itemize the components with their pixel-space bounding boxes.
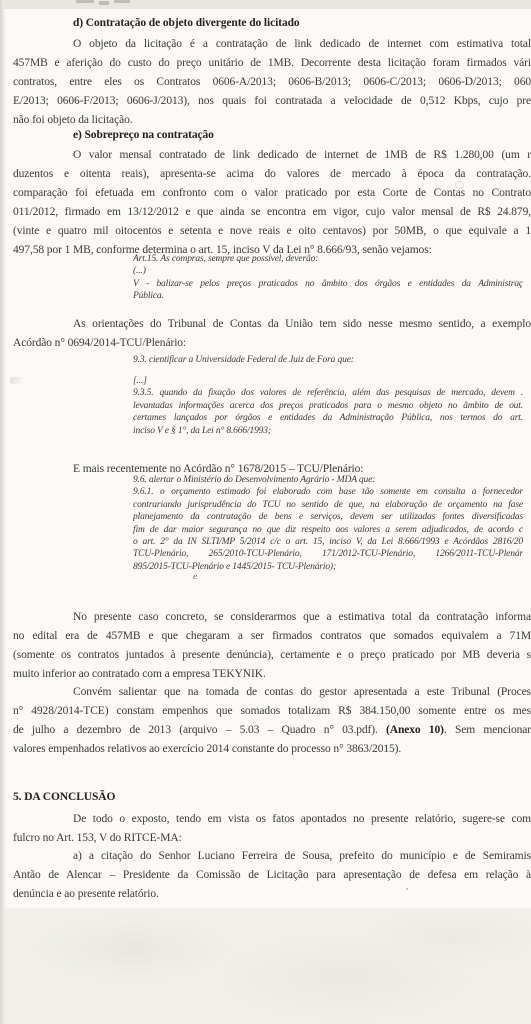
text-line: No presente caso concreto, se considerar… <box>13 608 531 627</box>
text-line: e <box>193 571 213 583</box>
text-segment: de julho a dezembro de 2013 (arquivo – 5… <box>13 724 386 736</box>
text-line: contrariando jurisprudência do TCU no se… <box>133 499 523 511</box>
text-line: certames lançados por órgãos e entidades… <box>133 412 523 424</box>
text-line: E/2013; 0606-F/2013; 0606-J/2013), nos q… <box>13 92 531 111</box>
text-line: 011/2012, firmado em 13/12/2012 e que ai… <box>13 203 531 222</box>
text-line: O objeto da licitação é a contratação de… <box>13 35 531 54</box>
text-segment: . Sem mencionar <box>444 724 531 736</box>
text-line: no edital era de 457MB e que chegaram a … <box>13 627 531 646</box>
text-line: Antão de Alencar – Presidente da Comissã… <box>13 866 531 885</box>
text-line: a) a citação do Senhor Luciano Ferreira … <box>13 847 531 866</box>
text-line: 9.3.5. quando da fixação dos valores de … <box>133 387 523 399</box>
text-line: De todo o exposto, tendo em vista os fat… <box>13 810 531 829</box>
text-line: e) Sobrepreço na contratação <box>13 126 531 145</box>
paragraph-empenhos: Convém salientar que na tomada de contas… <box>13 683 531 759</box>
text-line: de julho a dezembro de 2013 (arquivo – 5… <box>13 721 531 740</box>
text-line: (...) <box>133 265 523 277</box>
text-line: 895/2015-TCU-Plenário e 1445/2015- TCU-P… <box>133 561 523 573</box>
section-heading-e: e) Sobrepreço na contratação <box>13 126 531 145</box>
text-line: planejamento da contratação de bens e se… <box>133 511 523 523</box>
text-line: 9.6. alertar o Ministério do Desenvolvim… <box>133 474 523 486</box>
quote-9-3-5: [...]9.3.5. quando da fixação dos valore… <box>133 375 523 437</box>
page-content: d) Contratação de objeto divergente do l… <box>0 0 531 1024</box>
text-line: valores empenhados relativos ao exercíci… <box>13 740 531 759</box>
quote-9-6: 9.6. alertar o Ministério do Desenvolvim… <box>133 474 523 573</box>
text-line: (somente os contratos juntados à present… <box>13 646 531 665</box>
paragraph-orientacoes-tcu: As orientações do Tribunal de Contas da … <box>13 315 531 353</box>
paragraph-objeto: O objeto da licitação é a contratação de… <box>13 35 531 130</box>
text-line: o art. 2° da IN SLTI/MP 5/2014 c/c o art… <box>133 536 523 548</box>
section-heading-d: d) Contratação de objeto divergente do l… <box>13 14 531 33</box>
text-line: 9.3. cientificar a Universidade Federal … <box>133 354 523 366</box>
text-line: Convém salientar que na tomada de contas… <box>13 683 531 702</box>
text-line: fim de dar maior segurança no que diz re… <box>133 524 523 536</box>
text-line: As orientações do Tribunal de Contas da … <box>13 315 531 334</box>
text-line: O valor mensal contratado de link dedica… <box>13 146 531 165</box>
text-line: duzentos e oitenta reais), apresenta-se … <box>13 165 531 184</box>
text-line: comparação foi efetuada em confronto com… <box>13 184 531 203</box>
text-line: V - balizar-se pelos preços praticados n… <box>133 278 523 290</box>
bold-text: (Anexo 10) <box>386 724 444 736</box>
paragraph-citacao: a) a citação do Senhor Luciano Ferreira … <box>13 847 531 904</box>
stray-mark: e <box>193 571 213 583</box>
text-line: denúncia e ao presente relatório. <box>13 885 531 904</box>
text-line: 457MB e aferição do custo do preço unitá… <box>13 54 531 73</box>
text-line: contratos, entre eles os Contratos 0606-… <box>13 73 531 92</box>
text-line: (vinte e quatro mil oitocentos e setenta… <box>13 222 531 241</box>
text-line: n° 4928/2014-TCE) constam empenhos que s… <box>13 702 531 721</box>
text-line: muito inferior ao contratado com a empre… <box>13 665 531 684</box>
text-line: levantadas informações acerca dos preços… <box>133 400 523 412</box>
text-line: inciso V e § 1°, da Lei n° 8.666/1993; <box>133 425 523 437</box>
paragraph-caso-concreto: No presente caso concreto, se considerar… <box>13 608 531 684</box>
text-line: TCU-Plenário, 265/2010-TCU-Plenário, 171… <box>133 548 523 560</box>
text-line: d) Contratação de objeto divergente do l… <box>13 14 531 33</box>
paragraph-conclusao-intro: De todo o exposto, tendo em vista os fat… <box>13 810 531 848</box>
text-line: Art.15. As compras, sempre que possível,… <box>133 253 523 265</box>
scanned-document-page: { "page": { "colors": { "paper": "#fbfaf… <box>0 0 531 1024</box>
quote-art15: Art.15. As compras, sempre que possível,… <box>133 253 523 303</box>
text-line: 9.6.1. o orçamento estimado foi elaborad… <box>133 486 523 498</box>
text-line: [...] <box>133 375 523 387</box>
quote-9-3: 9.3. cientificar a Universidade Federal … <box>133 354 523 366</box>
text-line: 5. DA CONCLUSÃO <box>13 788 531 807</box>
section-heading-conclusao: 5. DA CONCLUSÃO <box>13 788 531 807</box>
paragraph-sobrepreco: O valor mensal contratado de link dedica… <box>13 146 531 260</box>
text-line: fulcro no Art. 153, V do RITCE-MA: <box>13 829 531 848</box>
text-line: Acórdão n° 0694/2014-TCU/Plenário: <box>13 334 531 353</box>
text-line: Pública. <box>133 290 523 302</box>
